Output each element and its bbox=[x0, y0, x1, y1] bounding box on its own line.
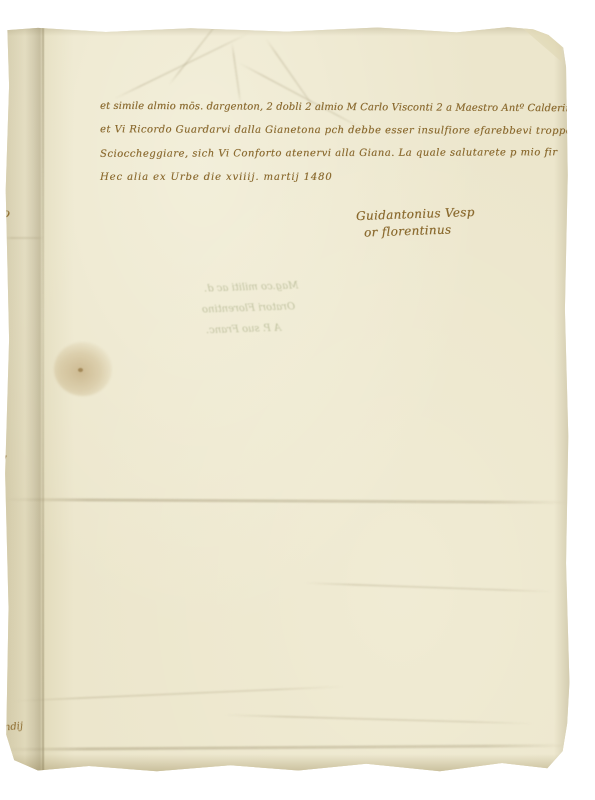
crease-line bbox=[304, 582, 554, 593]
left-fold-strip bbox=[4, 26, 42, 772]
showthrough-line-1: Mag.co militi ac d. bbox=[204, 280, 299, 294]
crease-line bbox=[231, 43, 242, 105]
paper-bottom-deckle bbox=[4, 754, 570, 772]
crease-line bbox=[14, 686, 344, 702]
showthrough-line-3: A P. suo Franc. bbox=[206, 323, 281, 337]
letter-line-1: et simile almio mōs. dargenton, 2 dobli … bbox=[100, 101, 570, 114]
signature-name: Guidantonius Vesp bbox=[356, 205, 475, 223]
left-fold-crease bbox=[42, 26, 44, 772]
letter-line-2: et Vi Ricordo Guardarvi dalla Gianetona … bbox=[100, 124, 570, 137]
ink-stain bbox=[54, 342, 112, 396]
manuscript-page: et simile almio mōs. dargenton, 2 dobli … bbox=[4, 26, 570, 772]
crease-line bbox=[239, 62, 364, 129]
paper-top-edge-shadow bbox=[4, 26, 570, 36]
paper-right-edge-shadow bbox=[554, 26, 570, 772]
center-fold-crease bbox=[4, 498, 570, 504]
edge-ink-fragment: r bbox=[4, 388, 6, 404]
edge-ink-fragment: andij bbox=[4, 721, 24, 734]
bottom-fold-crease bbox=[4, 744, 570, 751]
ink-stain-spot bbox=[78, 368, 83, 372]
letter-photo: et simile almio mōs. dargenton, 2 dobli … bbox=[0, 0, 595, 800]
letter-dateline: Hec alia ex Urbe die xviiij. martij 1480 bbox=[100, 172, 333, 183]
showthrough-line-2: Oratori Florentino bbox=[202, 301, 295, 315]
letter-line-3: Scioccheggiare, sich Vi Conforto atenerv… bbox=[100, 147, 558, 160]
crease-line bbox=[224, 714, 534, 725]
crease-line bbox=[4, 237, 44, 239]
edge-ink-fragment: s bbox=[4, 291, 7, 307]
signature-title: or florentinus bbox=[364, 222, 452, 239]
edge-ink-fragment: z bbox=[4, 246, 6, 262]
edge-ink-fragment: a bbox=[4, 131, 7, 147]
